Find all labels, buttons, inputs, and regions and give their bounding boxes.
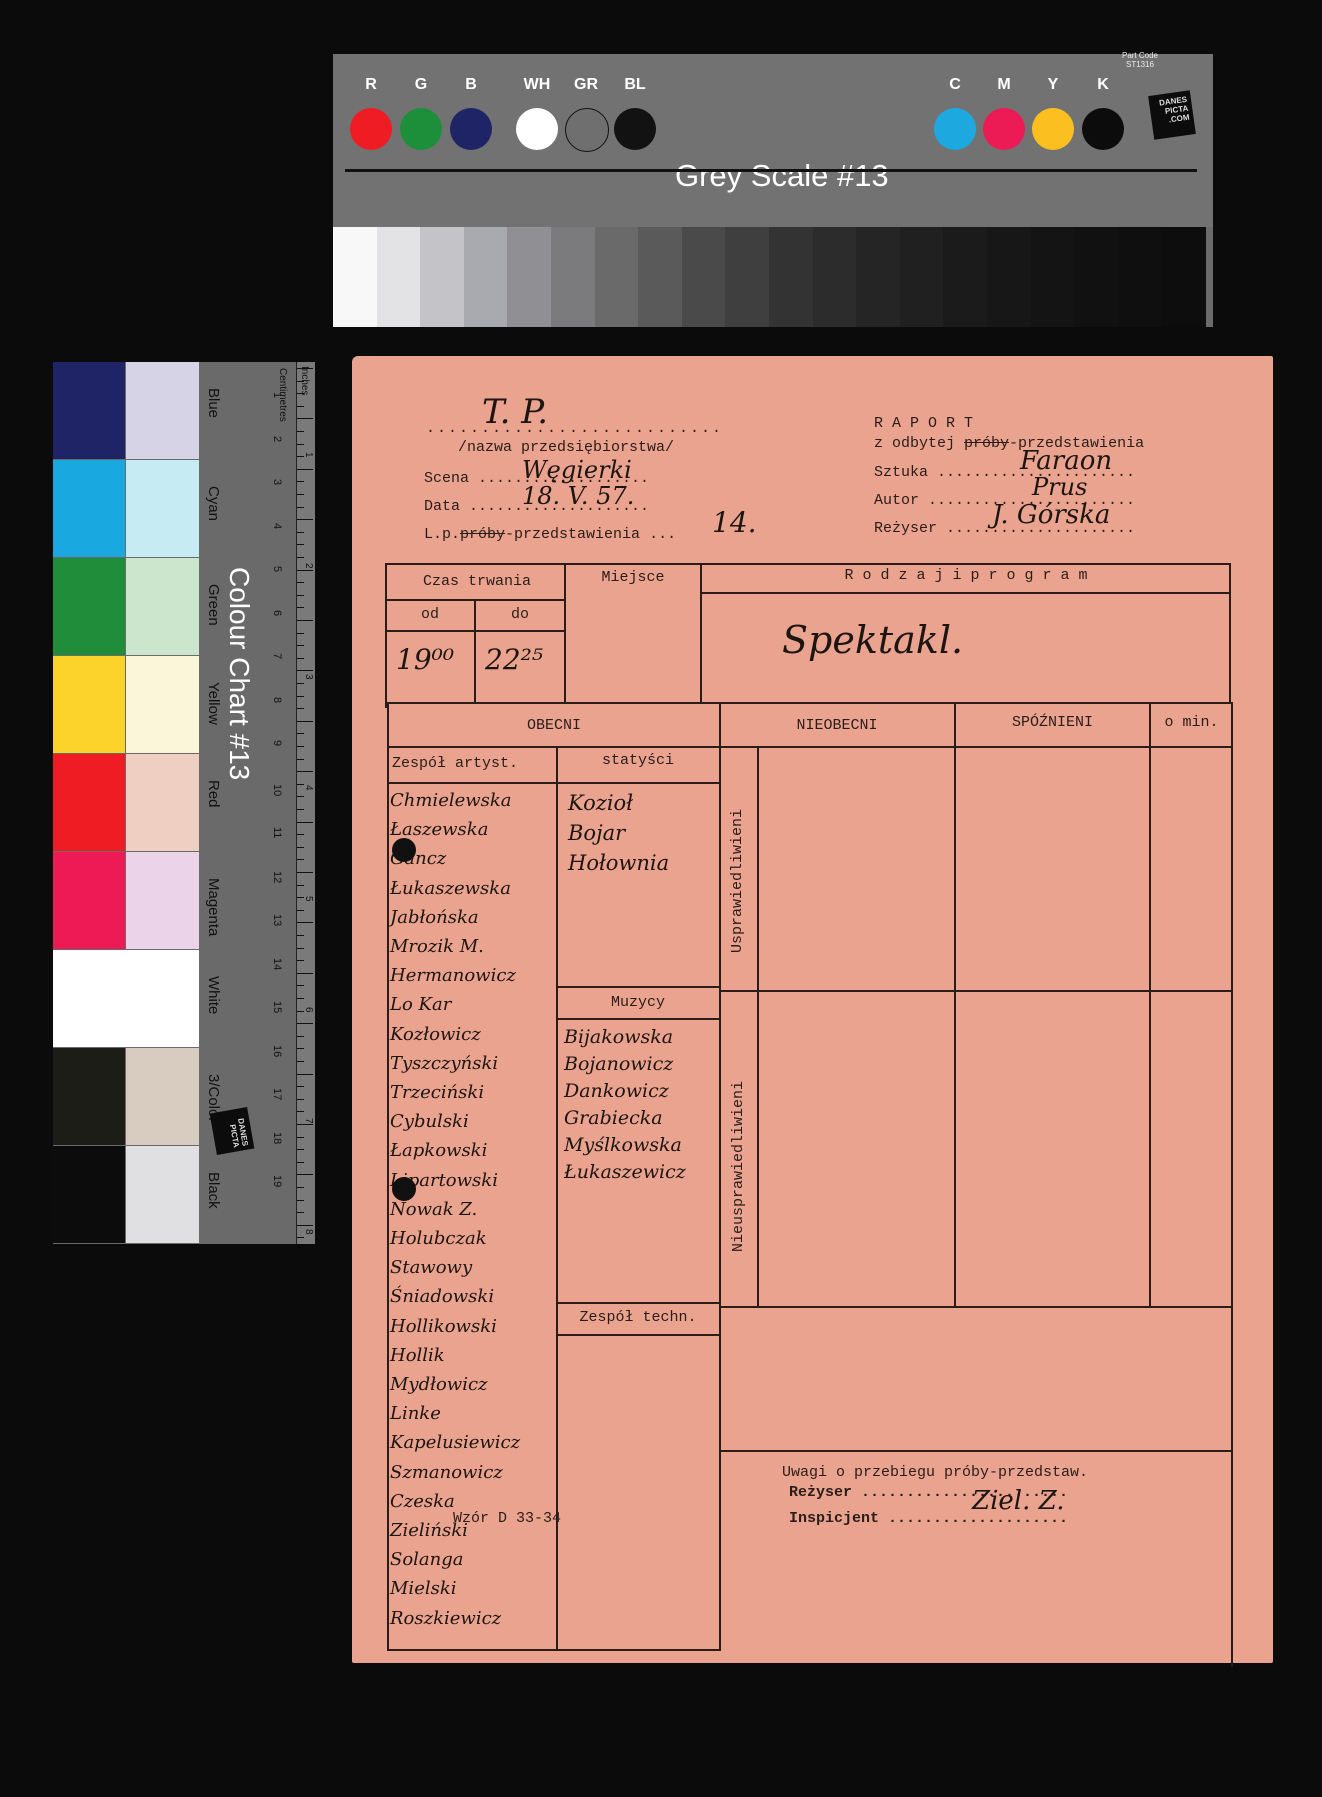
punch-hole — [392, 838, 416, 862]
subtitle-prefix: z odbytej — [874, 435, 955, 452]
list-item: Hollik — [390, 1341, 558, 1370]
footer-rezyser-label: Reżyser — [789, 1484, 852, 1501]
lp-value: 14. — [712, 506, 757, 539]
grey-scale-title: Grey Scale #13 — [675, 158, 889, 194]
list-item: Cybulski — [390, 1107, 558, 1136]
inch-tick-label: 6 — [303, 1007, 314, 1013]
table-line — [757, 748, 759, 1306]
list-item: Kozłowicz — [390, 1020, 558, 1049]
table-line — [387, 782, 720, 784]
sztuka-value: Faraon — [1020, 446, 1112, 476]
list-item: Jabłońska — [390, 903, 558, 932]
table-line — [719, 1306, 1232, 1308]
part-code-label: Part Code — [1115, 51, 1165, 60]
table-line — [385, 563, 387, 708]
autor-label: Autor — [874, 492, 919, 509]
table-line — [719, 702, 721, 1650]
ruler-tick — [297, 1162, 304, 1163]
ruler-tick — [297, 1237, 304, 1238]
grey-step — [943, 227, 988, 327]
ruler-tick — [297, 582, 304, 583]
grey-step — [682, 227, 727, 327]
cm-tick-label: 2 — [271, 436, 283, 442]
sztuka-label: Sztuka — [874, 464, 928, 481]
cmyk-label: M — [979, 76, 1029, 94]
list-item: Śniadowski — [390, 1282, 558, 1311]
table-line — [719, 1450, 1232, 1452]
ruler-tick — [297, 1225, 313, 1226]
list-item: Nowak Z. — [390, 1195, 558, 1224]
neutral-swatch — [614, 108, 656, 150]
swatch-name: Black — [205, 1172, 222, 1209]
cm-tick-label: 11 — [271, 827, 283, 838]
statysci-header: statyści — [558, 752, 718, 769]
grey-step — [551, 227, 596, 327]
list-item: Bojanowicz — [564, 1051, 718, 1078]
rodzaj-program-header: R o d z a j i p r o g r a m — [704, 567, 1228, 584]
spoznieni-header: SPÓŹNIENI — [956, 714, 1149, 731]
swatch-cyan — [53, 460, 125, 557]
ruler-tick — [297, 910, 304, 911]
rezyser-label: Reżyser — [874, 520, 937, 537]
ruler-tick — [297, 670, 313, 671]
neutral-label: GR — [561, 76, 611, 94]
ruler-tick — [297, 393, 304, 394]
footer-inspicjent-label: Inspicjent — [789, 1510, 879, 1527]
statysci-list: KoziołBojarHołownia — [568, 788, 718, 878]
list-item: Solanga — [390, 1545, 558, 1574]
ruler-tick — [297, 519, 313, 520]
list-item: Hołownia — [568, 848, 718, 878]
list-item: Mrozik M. — [390, 932, 558, 961]
ruler-tick — [297, 544, 304, 545]
ruler-tick — [297, 859, 304, 860]
ruler-tick — [297, 658, 304, 659]
cmyk-label: Y — [1028, 76, 1078, 94]
ruler-tick — [297, 1124, 313, 1125]
list-item: Mielski — [390, 1574, 558, 1603]
table-line — [556, 1018, 720, 1020]
cmyk-swatch — [983, 108, 1025, 150]
scena-label: Scena — [424, 470, 469, 487]
ruler-tick — [297, 696, 304, 697]
zespol-techn-header: Zespół techn. — [558, 1309, 718, 1326]
table-line — [556, 986, 720, 988]
data-value: 18. V. 57. — [522, 482, 634, 510]
muzycy-header: Muzycy — [558, 994, 718, 1011]
cmyk-label: K — [1078, 76, 1128, 94]
cm-tick-label: 12 — [271, 871, 283, 883]
swatch-red — [53, 754, 125, 851]
table-line — [719, 990, 1232, 992]
grey-step — [1161, 227, 1206, 327]
inch-tick-label: 5 — [303, 896, 314, 902]
cm-tick-label: 15 — [271, 1001, 283, 1013]
ruler-tick — [297, 1048, 304, 1049]
grey-step — [595, 227, 640, 327]
do-value: 22²⁵ — [485, 643, 543, 676]
neutral-label: WH — [512, 76, 562, 94]
ruler-tick — [297, 1111, 304, 1112]
ruler-tick — [297, 570, 313, 571]
ruler-tick — [297, 1086, 304, 1087]
cm-tick-label: 7 — [271, 653, 283, 659]
swatch-yellow — [53, 656, 125, 753]
ruler-tick — [297, 822, 313, 823]
cm-tick-label: 3 — [271, 479, 283, 485]
cm-tick-label: 13 — [271, 914, 283, 926]
list-item: Łapkowski — [390, 1136, 558, 1165]
ruler-tick — [297, 418, 313, 419]
grey-step — [507, 227, 552, 327]
grey-step — [725, 227, 770, 327]
swatch-black — [53, 1146, 125, 1243]
grey-step — [813, 227, 858, 327]
lp-prefix: L.p. — [424, 526, 460, 543]
ruler-tick — [297, 620, 313, 621]
lp-struck: próby — [460, 526, 505, 543]
table-line — [719, 746, 1232, 748]
cm-tick-label: 16 — [271, 1045, 283, 1057]
rgb-label: G — [396, 76, 446, 94]
tint-yellow — [126, 656, 199, 753]
swatch-name: Magenta — [205, 878, 222, 936]
list-item: Hollikowski — [390, 1312, 558, 1341]
ruler-tick — [297, 948, 304, 949]
cm-tick-label: 5 — [271, 566, 283, 572]
list-item: Linke — [390, 1399, 558, 1428]
ruler: Inches 12345678 — [296, 362, 315, 1244]
grey-step — [900, 227, 945, 327]
table-line — [387, 1649, 721, 1651]
inch-tick-label: 3 — [303, 674, 314, 680]
table-line — [1229, 563, 1231, 703]
zespol-artyst-list: ChmielewskaŁaszewskaGanczŁukaszewskaJabł… — [390, 786, 558, 1633]
cmyk-label: C — [930, 76, 980, 94]
rodzaj-value: Spektakl. — [782, 618, 963, 662]
cm-tick-label: 18 — [271, 1132, 283, 1144]
rgb-swatch — [350, 108, 392, 150]
tint-blue — [126, 362, 199, 459]
list-item: Dankowicz — [564, 1078, 718, 1105]
ruler-tick — [297, 1074, 313, 1075]
neutral-swatch — [516, 108, 558, 150]
ruler-tick — [297, 759, 304, 760]
list-item: Kozioł — [568, 788, 718, 818]
ruler-tick — [297, 834, 304, 835]
ruler-tick — [297, 368, 313, 369]
swatch-name: Yellow — [205, 682, 222, 725]
cmyk-swatch — [1032, 108, 1074, 150]
part-code-value: ST1316 — [1115, 60, 1165, 69]
ruler-tick — [297, 708, 304, 709]
rgb-label: R — [346, 76, 396, 94]
ruler-tick — [297, 885, 304, 886]
list-item: Trzeciński — [390, 1078, 558, 1107]
subtitle-struck: próby — [964, 435, 1009, 452]
list-item: Lo Kar — [390, 990, 558, 1019]
table-line — [385, 563, 1231, 565]
zespol-artyst-header: Zespół artyst. — [392, 755, 518, 772]
swatch-magenta — [53, 852, 125, 949]
table-line — [954, 702, 956, 1307]
tint-magenta — [126, 852, 199, 949]
form-number: Wzór D 33-34 — [453, 1510, 561, 1527]
ruler-tick — [297, 1023, 313, 1024]
table-line — [564, 563, 566, 703]
neutral-label: BL — [610, 76, 660, 94]
cm-tick-label: 1 — [271, 392, 283, 398]
table-line — [1231, 702, 1233, 1667]
ruler-tick — [297, 1061, 304, 1062]
ruler-tick — [297, 406, 304, 407]
list-item: Mydłowicz — [390, 1370, 558, 1399]
list-item: Łaszewska — [390, 815, 558, 844]
list-item: Stawowy — [390, 1253, 558, 1282]
cm-tick-label: 19 — [271, 1175, 283, 1187]
table-line — [700, 563, 702, 703]
ruler-tick — [297, 595, 304, 596]
ruler-tick — [297, 1212, 304, 1213]
ruler-tick — [297, 1149, 304, 1150]
grey-step — [769, 227, 814, 327]
tint-3-color — [126, 1048, 199, 1145]
nieobecni-header: NIEOBECNI — [721, 717, 953, 734]
ruler-tick — [297, 771, 313, 772]
list-item: Grabiecka — [564, 1105, 718, 1132]
list-item: Tyszczyński — [390, 1049, 558, 1078]
ruler-tick — [297, 532, 304, 533]
rgb-swatch — [400, 108, 442, 150]
uwagi-label: Uwagi o przebiegu próby-przedstaw. — [782, 1464, 1088, 1481]
swatch-name: White — [205, 976, 222, 1014]
cmyk-swatch — [934, 108, 976, 150]
inch-tick-label: 2 — [303, 563, 314, 569]
cm-tick-label: 4 — [271, 523, 283, 529]
list-item: Roszkiewicz — [390, 1604, 558, 1633]
ruler-tick — [297, 1036, 304, 1037]
od-value: 19⁰⁰ — [396, 643, 454, 676]
table-line — [387, 702, 389, 1650]
tint-cyan — [126, 460, 199, 557]
list-item: Szmanowicz — [390, 1458, 558, 1487]
report-title: R A P O R T — [874, 415, 973, 432]
ruler-tick — [297, 381, 304, 382]
danes-picta-logo: DANES PICTA — [210, 1107, 255, 1155]
grey-step — [987, 227, 1032, 327]
ruler-tick — [297, 733, 304, 734]
ruler-tick — [297, 481, 304, 482]
grey-step — [1074, 227, 1119, 327]
ruler-tick — [297, 998, 304, 999]
list-item: Chmielewska — [390, 786, 558, 815]
autor-value: Prus — [1032, 473, 1087, 501]
ruler-tick — [297, 746, 304, 747]
ruler-tick — [297, 431, 304, 432]
nieusprawiedliwieni-label: Nieusprawiedliwieni — [730, 1046, 747, 1286]
table-line — [556, 1334, 720, 1336]
list-item: Bojar — [568, 818, 718, 848]
lp-field: L.p.próby-przedstawienia ... — [424, 526, 676, 543]
ruler-tick — [297, 645, 304, 646]
od-header: od — [387, 606, 473, 623]
lp-suffix: -przedstawienia — [505, 526, 640, 543]
ruler-tick — [297, 1137, 304, 1138]
ruler-tick — [297, 872, 313, 873]
grey-step — [638, 227, 683, 327]
rgb-label: B — [446, 76, 496, 94]
muzycy-list: BijakowskaBojanowiczDankowiczGrabieckaMy… — [564, 1024, 718, 1186]
ruler-tick — [297, 683, 304, 684]
list-item: Kapelusiewicz — [390, 1428, 558, 1457]
inspicjent-signature: Ziel. Z. — [972, 1486, 1065, 1516]
grey-step — [333, 227, 378, 327]
cmyk-swatch — [1082, 108, 1124, 150]
swatch-name: Green — [205, 584, 222, 626]
inch-tick-label: 8 — [303, 1229, 314, 1235]
inch-tick-label: 7 — [303, 1118, 314, 1124]
grey-step — [377, 227, 422, 327]
list-item: Hermanowicz — [390, 961, 558, 990]
ruler-tick — [297, 922, 313, 923]
o-min-header: o min. — [1152, 714, 1231, 731]
list-item: Łukaszewska — [390, 874, 558, 903]
ruler-tick — [297, 507, 304, 508]
rehearsal-report-form: T. P. ........................... /nazwa… — [352, 356, 1273, 1663]
scena-value: Węgierki — [522, 456, 632, 484]
grey-step — [1031, 227, 1076, 327]
ruler-tick — [297, 1174, 313, 1175]
swatch-green — [53, 558, 125, 655]
ruler-tick — [297, 809, 304, 810]
rgb-swatch — [450, 108, 492, 150]
ruler-tick — [297, 960, 304, 961]
neutral-swatch — [565, 108, 609, 152]
grey-step — [420, 227, 465, 327]
tint-red — [126, 754, 199, 851]
divider-line — [345, 169, 1197, 172]
cm-tick-label: 14 — [271, 958, 283, 970]
ruler-tick — [297, 1187, 304, 1188]
usprawiedliwieni-label: Usprawiedliwieni — [729, 781, 746, 981]
danes-picta-logo: DANES PICTA .COM — [1148, 90, 1196, 139]
list-item: Myślkowska — [564, 1132, 718, 1159]
grey-scale-chart: RGBWHGRBLCMYK Grey Scale #13 Part Code S… — [333, 54, 1213, 327]
ruler-tick — [297, 1099, 304, 1100]
data-label: Data — [424, 498, 460, 515]
cm-tick-label: 17 — [271, 1088, 283, 1100]
cm-tick-label: 9 — [271, 740, 283, 746]
miejsce-header: Miejsce — [567, 569, 699, 586]
swatch-3-color — [53, 1048, 125, 1145]
ruler-tick — [297, 935, 304, 936]
swatch-white — [53, 950, 199, 1047]
ruler-tick — [297, 444, 304, 445]
tint-green — [126, 558, 199, 655]
table-line — [556, 1302, 720, 1304]
obecni-header: OBECNI — [389, 717, 719, 734]
grey-step — [464, 227, 509, 327]
list-item: Łukaszewicz — [564, 1159, 718, 1186]
ruler-tick — [297, 985, 304, 986]
table-line — [385, 702, 1231, 704]
ruler-tick — [297, 721, 313, 722]
colour-chart-title: Colour Chart #13 — [223, 567, 255, 780]
part-code: Part Code ST1316 — [1115, 51, 1165, 69]
cm-tick-label: 10 — [271, 784, 283, 796]
ruler-tick — [297, 557, 304, 558]
swatch-name: Cyan — [205, 486, 222, 521]
company-caption: /nazwa przedsiębiorstwa/ — [458, 439, 674, 456]
rezyser-value: J. Górska — [992, 500, 1110, 530]
ruler-tick — [297, 796, 304, 797]
table-line — [1149, 702, 1151, 1307]
ruler-tick — [297, 469, 313, 470]
ruler-tick — [297, 1200, 304, 1201]
swatch-name: Red — [205, 780, 222, 808]
inch-tick-label: 4 — [303, 785, 314, 791]
swatch-blue — [53, 362, 125, 459]
do-header: do — [476, 606, 564, 623]
ruler-tick — [297, 494, 304, 495]
table-line — [700, 592, 1230, 594]
cm-tick-label: 8 — [271, 697, 283, 703]
czas-trwania-header: Czas trwania — [392, 573, 562, 590]
tint-black — [126, 1146, 199, 1243]
cm-tick-label: 6 — [271, 610, 283, 616]
list-item: Bijakowska — [564, 1024, 718, 1051]
ruler-tick — [297, 973, 313, 974]
swatch-name: Blue — [205, 388, 222, 418]
dotted-line: ........................... — [426, 420, 723, 437]
ruler-tick — [297, 633, 304, 634]
colour-chart: BlueCyanGreenYellowRedMagentaWhite3/Colo… — [53, 362, 314, 1244]
ruler-tick — [297, 847, 304, 848]
grey-step — [856, 227, 901, 327]
grey-step — [1118, 227, 1163, 327]
ruler-tick — [297, 607, 304, 608]
list-item: Holubczak — [390, 1224, 558, 1253]
table-line — [387, 746, 720, 748]
punch-hole — [392, 1177, 416, 1201]
inch-tick-label: 1 — [303, 452, 314, 458]
